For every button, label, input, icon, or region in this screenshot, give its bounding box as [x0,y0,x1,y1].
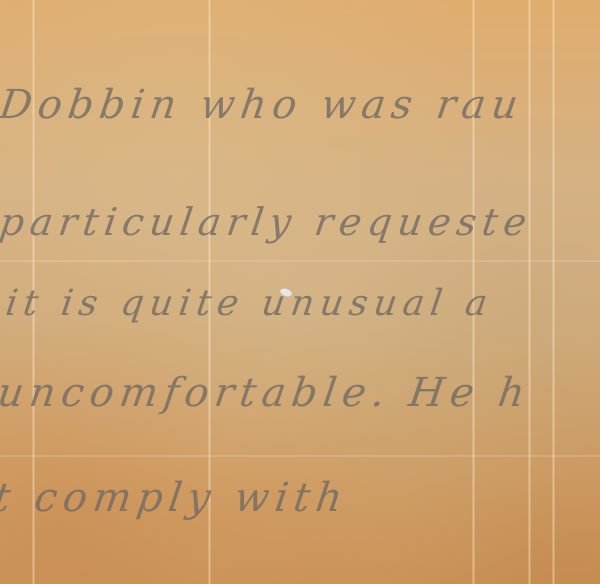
handwritten-line-2: particularly requeste [0,200,535,244]
paper-fold [552,0,555,584]
handwritten-line-4: uncomfortable. He h [0,370,534,416]
paper-crease [0,455,600,457]
handwritten-line-1: Dobbin who was rau [0,82,527,128]
paper-fold [528,0,531,584]
handwritten-line-5: t comply with [0,475,351,521]
paper-crease [0,260,600,262]
handwritten-line-3: it is quite unusual a [3,283,496,324]
